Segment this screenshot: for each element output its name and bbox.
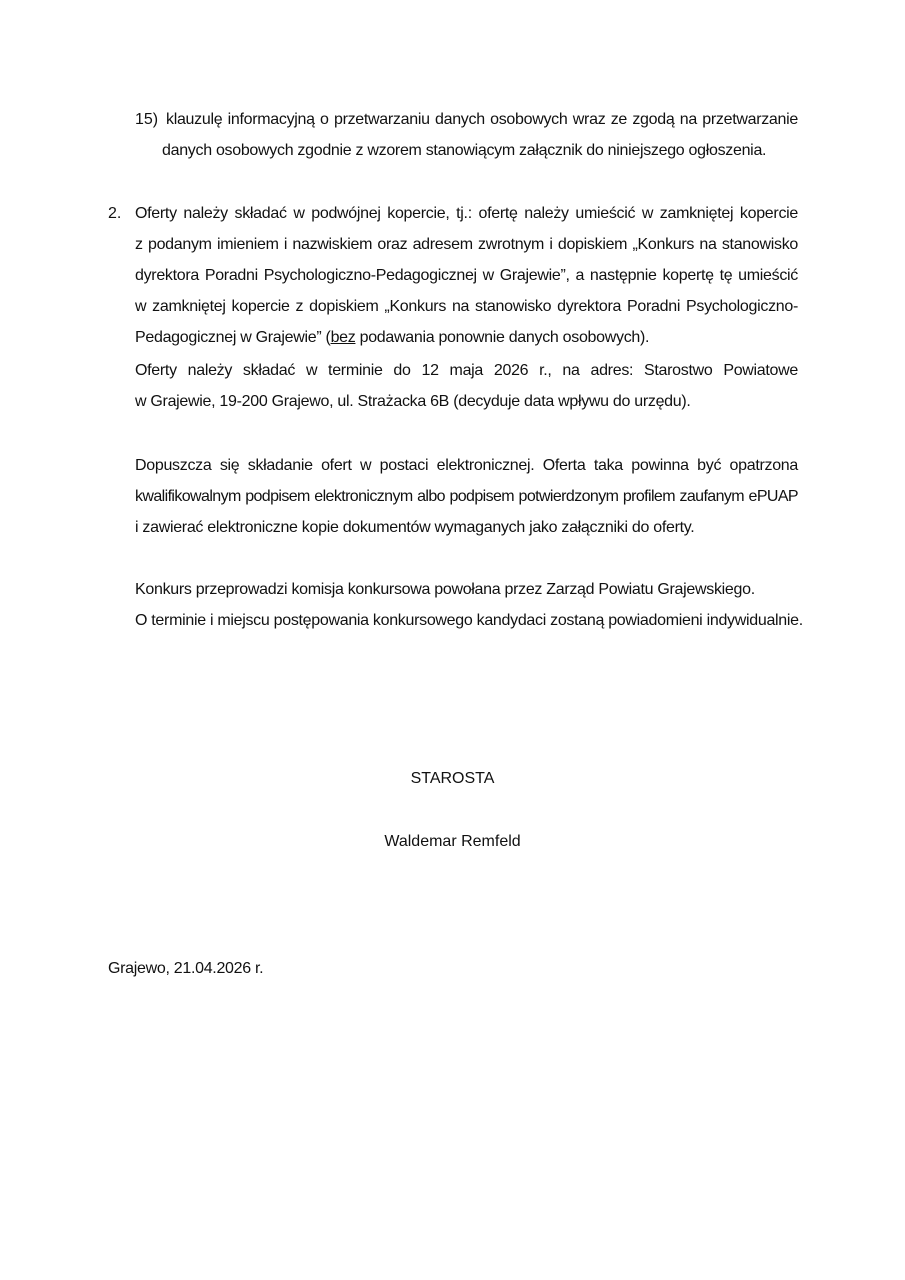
item-15-number: 15) xyxy=(135,110,158,130)
para3-line-3: i zawierać elektroniczne kopie dokumentó… xyxy=(135,518,694,538)
para4-line-1: Konkurs przeprowadzi komisja konkursowa … xyxy=(135,580,755,600)
para3-line-2: kwalifikowalnym podpisem elektronicznym … xyxy=(135,487,798,507)
para1-line-4: w zamkniętej kopercie z dopiskiem „Konku… xyxy=(135,297,798,317)
signature-name: Waldemar Remfeld xyxy=(0,832,905,852)
document-page: 15) klauzulę informacyjną o przetwarzani… xyxy=(0,0,905,1280)
para2-line-1: Oferty należy składać w terminie do 12 m… xyxy=(135,361,798,381)
item-15-line-2: danych osobowych zgodnie z wzorem stanow… xyxy=(162,141,766,161)
para1-line-5-prefix: Pedagogicznej w Grajewie” ( xyxy=(135,329,331,346)
para2-line-2: w Grajewie, 19-200 Grajewo, ul. Strażack… xyxy=(135,392,691,412)
section-2-number: 2. xyxy=(108,204,121,224)
underlined-bez: bez xyxy=(331,329,356,346)
para1-line-2: z podanym imieniem i nazwiskiem oraz adr… xyxy=(135,235,798,255)
para1-line-5: Pedagogicznej w Grajewie” (bez podawania… xyxy=(135,328,649,348)
para1-line-5-suffix: podawania ponownie danych osobowych). xyxy=(355,329,649,346)
item-15-line-1: klauzulę informacyjną o przetwarzaniu da… xyxy=(166,110,798,130)
signature-title: STAROSTA xyxy=(0,769,905,789)
para4-line-2: O terminie i miejscu postępowania konkur… xyxy=(135,611,803,631)
para3-line-1: Dopuszcza się składanie ofert w postaci … xyxy=(135,456,798,476)
para1-line-1: Oferty należy składać w podwójnej koperc… xyxy=(135,204,798,224)
place-date: Grajewo, 21.04.2026 r. xyxy=(108,959,263,979)
para1-line-3: dyrektora Poradni Psychologiczno-Pedagog… xyxy=(135,266,798,286)
